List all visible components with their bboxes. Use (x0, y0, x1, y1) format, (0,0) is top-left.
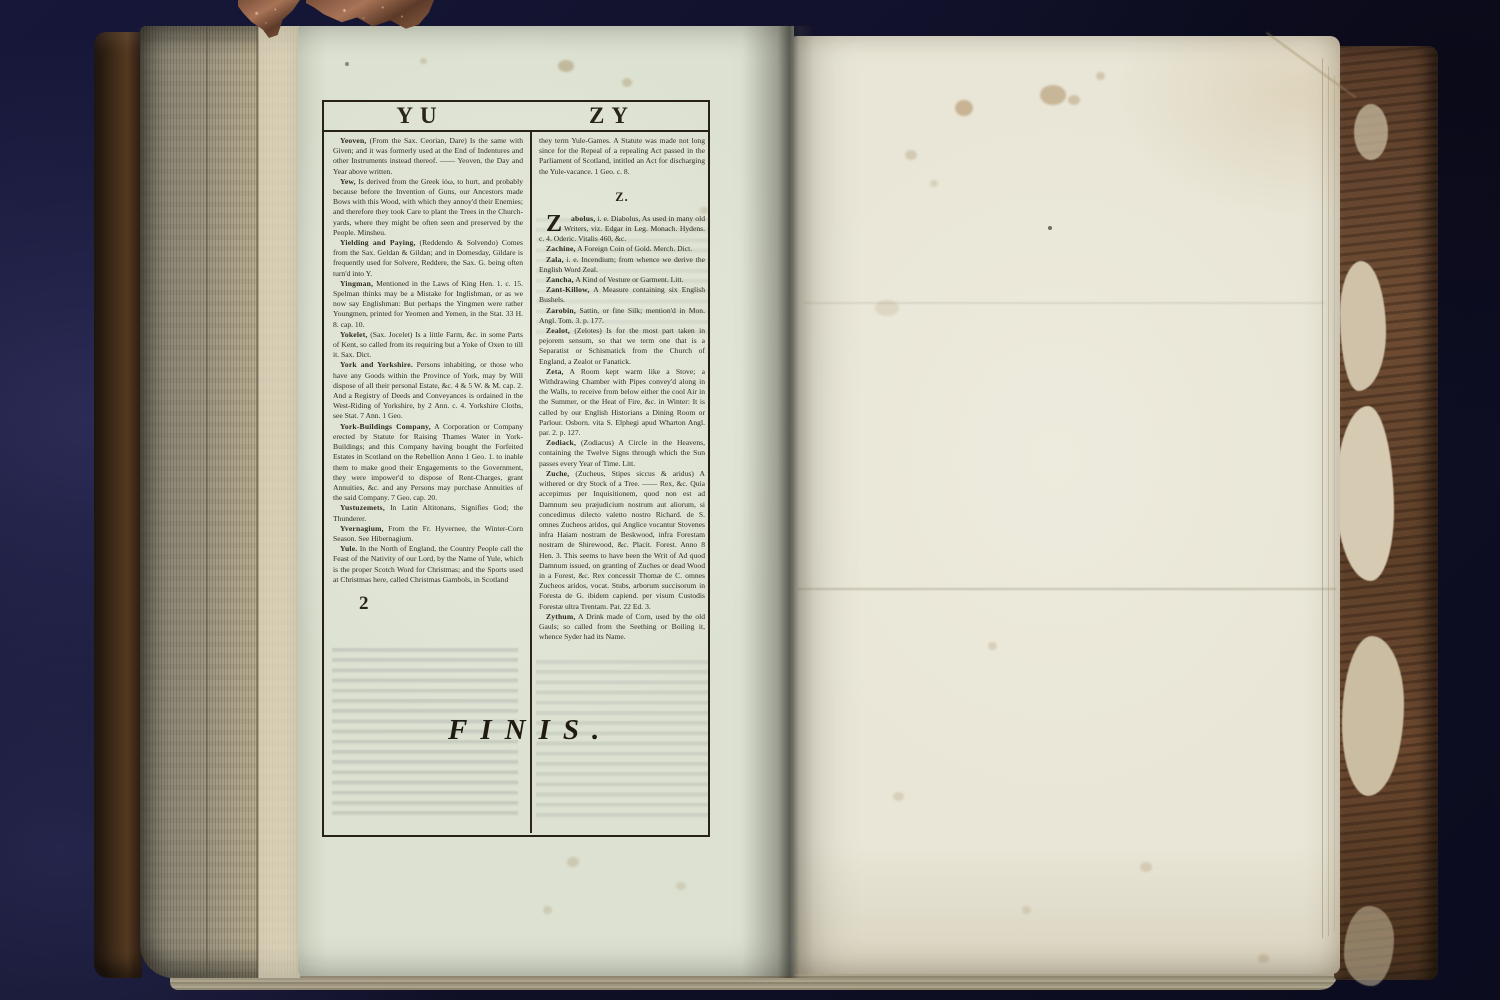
entry-headword: Zeta, (546, 367, 564, 376)
signature-mark: 2 (359, 593, 523, 615)
foxing-spot (543, 906, 552, 914)
worn-leather-patch (1344, 906, 1394, 986)
entry-headword: Yokelet, (340, 330, 368, 339)
entry-headword: Zuche, (546, 469, 569, 478)
entry-headword: Yvernagium, (340, 524, 384, 533)
dictionary-entry: they term Yule-Games. A Statute was made… (539, 136, 705, 177)
dictionary-entry: Zabolus, i. e. Diabolus, As used in many… (539, 214, 705, 245)
foxing-spot (988, 642, 997, 650)
foxing-spot (905, 150, 917, 160)
dictionary-entry: York-Buildings Company, A Corporation or… (333, 422, 523, 504)
entry-headword: York and Yorkshire. (340, 360, 413, 369)
foxing-spot (930, 180, 938, 187)
entry-headword: Yielding and Paying, (340, 238, 416, 247)
back-cover-leather (1334, 46, 1438, 980)
entry-headword: York-Buildings Company, (340, 422, 431, 431)
dictionary-entry: Yvernagium, From the Fr. Hyvernee, the W… (333, 524, 523, 544)
foxing-spot (1022, 906, 1031, 914)
entry-headword: Zancha, (546, 275, 574, 284)
finis-colophon: FINIS. (448, 714, 612, 747)
dictionary-entry: Zealot, (Zelotes) Is for the most part t… (539, 326, 705, 367)
dictionary-entry: York and Yorkshire. Persons inhabiting, … (333, 360, 523, 421)
foxing-spot (1040, 85, 1066, 105)
entry-headword: Zythum, (546, 612, 575, 621)
worn-leather-patch (1336, 406, 1394, 581)
page-edge-line (1328, 66, 1329, 936)
foxing-spot (558, 60, 574, 72)
entry-headword: Zachine, (546, 244, 576, 253)
foxing-spot (1096, 72, 1105, 80)
foxing-spot (1140, 862, 1152, 872)
page-crease (798, 588, 1336, 590)
page-stack-inner-band (258, 26, 300, 978)
running-head: YU ZY (324, 102, 708, 132)
foxing-spot (622, 78, 632, 87)
entry-headword: Yule. (340, 544, 357, 553)
running-head-left: YU (324, 102, 516, 130)
dictionary-entry: Zant-Killow, A Measure containing six En… (539, 285, 705, 305)
page-edge-line (1322, 58, 1323, 938)
entry-headword: Yeoven, (340, 136, 367, 145)
blank-right-page (794, 36, 1340, 974)
dictionary-entry: Zachine, A Foreign Coin of Gold. Merch. … (539, 244, 705, 254)
page-stack-step (256, 26, 258, 978)
dictionary-entry: Zancha, A Kind of Vesture or Garment. Li… (539, 275, 705, 285)
entry-headword: Zealot, (546, 326, 570, 335)
page-edge-line (1334, 76, 1335, 931)
entry-headword: Zala, (546, 255, 564, 264)
dictionary-entry: Yule. In the North of England, the Count… (333, 544, 523, 585)
foxing-spot (567, 857, 579, 867)
page-stack-step (206, 26, 208, 978)
yule-continuation: they term Yule-Games. A Statute was made… (539, 136, 705, 177)
dropcap-initial: Z (539, 215, 562, 234)
foxing-spot (955, 100, 973, 116)
dictionary-entry: Zodiack, (Zodiacus) A Circle in the Heav… (539, 438, 705, 469)
foxing-spot (1068, 95, 1080, 105)
dictionary-entry: Zuche, (Zucheus, Stipes siccus & aridus)… (539, 469, 705, 612)
foxing-spot (893, 792, 904, 801)
section-heading-z: Z. (539, 190, 705, 205)
entry-headword: Zarobin, (546, 306, 576, 315)
book-spine-leather (94, 32, 142, 978)
ink-speck (1048, 226, 1052, 230)
dictionary-entry: Yielding and Paying, (Reddendo & Solvend… (333, 238, 523, 279)
foxing-spot (676, 882, 686, 890)
foxing-spot (1258, 954, 1269, 963)
entry-headword: Yustuzemets, (340, 503, 385, 512)
open-book-photograph: YU ZY Yeoven, (From the Sax. Ceorian, Da… (0, 0, 1500, 1000)
page-crease (804, 302, 1324, 304)
running-head-right: ZY (516, 102, 708, 130)
worn-leather-patch (1354, 104, 1388, 160)
dictionary-entry: Zeta, A Room kept warm like a Stove; a W… (539, 367, 705, 438)
entry-headword: abolus, (571, 214, 595, 223)
left-column-entries: Yeoven, (From the Sax. Ceorian, Dare) Is… (333, 136, 523, 585)
dictionary-entry: Zala, i. e. Incendium; from whence we de… (539, 255, 705, 275)
dictionary-entry: Yustuzemets, In Latin Altitonans, Signif… (333, 503, 523, 523)
dictionary-entry: Zythum, A Drink made of Corn, used by th… (539, 612, 705, 643)
entry-headword: Zant-Killow, (546, 285, 590, 294)
worn-leather-patch (1340, 261, 1386, 391)
right-column-entries: Zabolus, i. e. Diabolus, As used in many… (539, 214, 705, 643)
dictionary-entry: Yew, Is derived from the Greek ἰόω, to h… (333, 177, 523, 238)
dictionary-entry: Yingman, Mentioned in the Laws of King H… (333, 279, 523, 330)
worn-leather-patch (1342, 636, 1404, 796)
ink-speck (345, 62, 349, 66)
entry-headword: Yingman, (340, 279, 373, 288)
foxing-spot (420, 58, 427, 64)
dictionary-entry: Yeoven, (From the Sax. Ceorian, Dare) Is… (333, 136, 523, 177)
printed-left-page: YU ZY Yeoven, (From the Sax. Ceorian, Da… (298, 26, 794, 976)
book-gutter-shadow (742, 26, 814, 978)
dictionary-entry: Yokelet, (Sax. Jocelet) Is a little Farm… (333, 330, 523, 361)
page-block-fore-edge (140, 26, 300, 978)
entry-headword: Yew, (340, 177, 356, 186)
entry-headword: Zodiack, (546, 438, 576, 447)
dictionary-entry: Zarobin, Sattin, or fine Silk; mention'd… (539, 306, 705, 326)
